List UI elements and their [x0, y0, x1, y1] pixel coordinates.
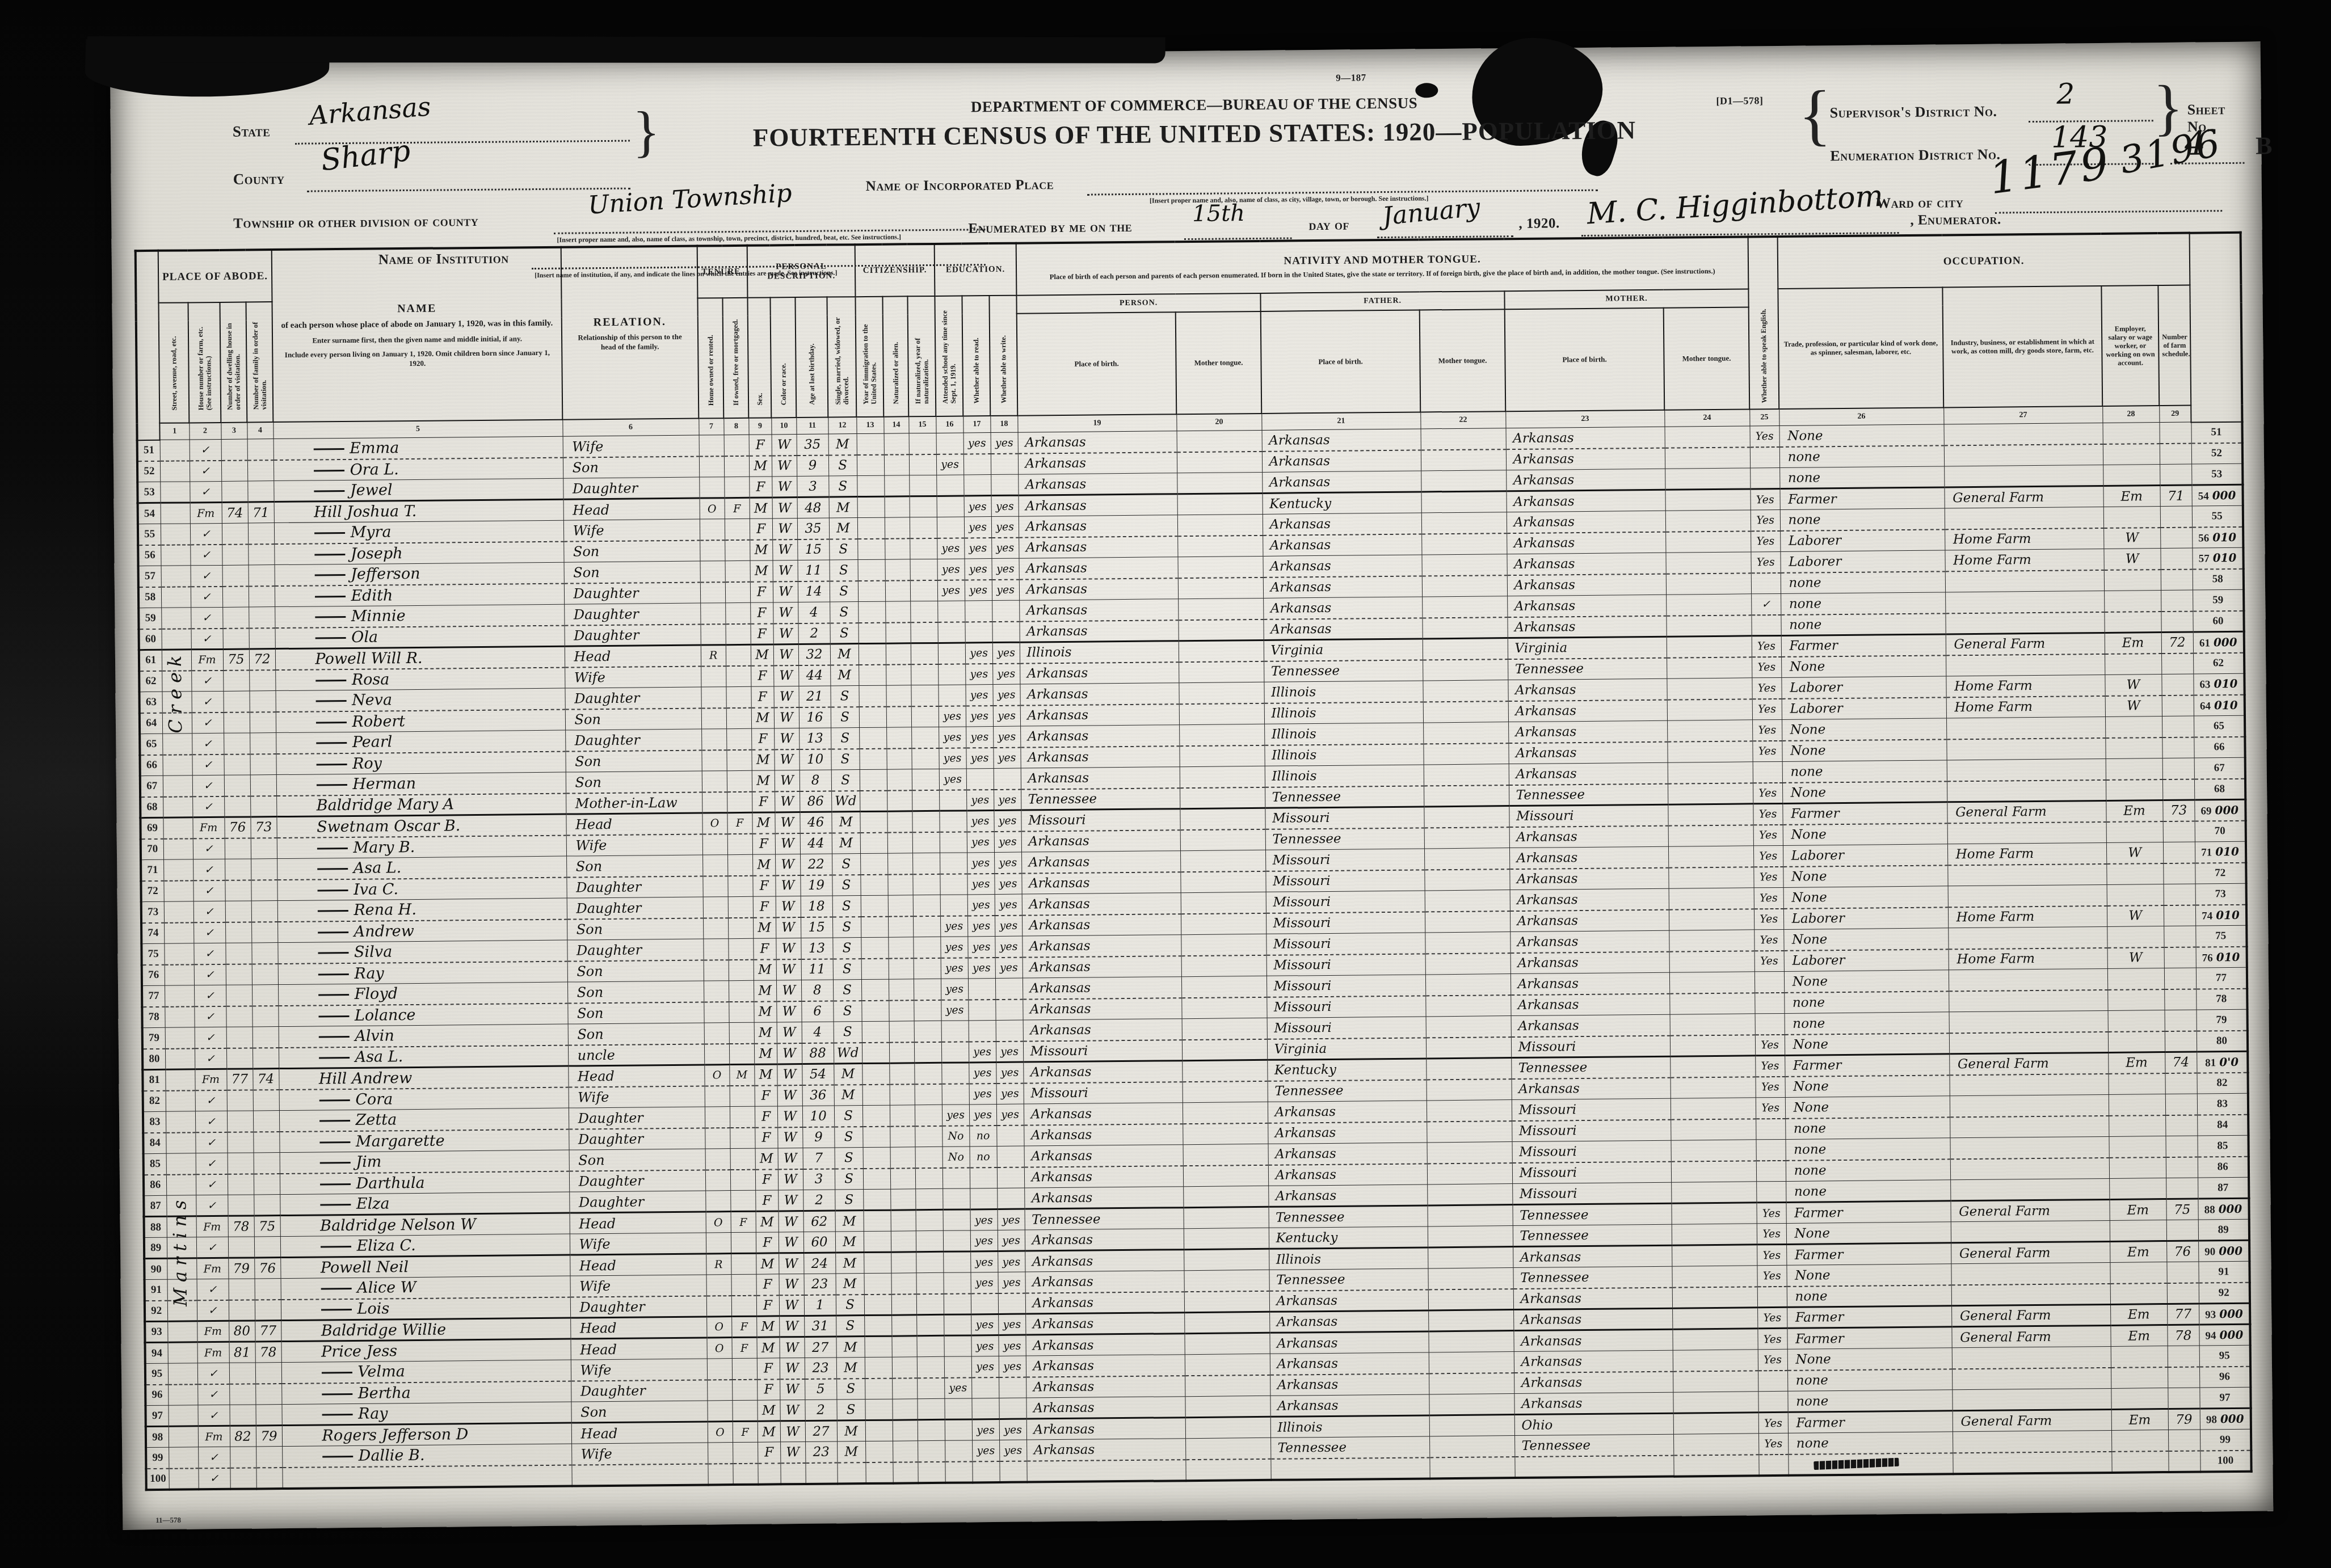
cell-able-write	[997, 1188, 1024, 1209]
cell-naturalized	[887, 874, 912, 895]
cell-line-number: 94	[145, 1342, 167, 1363]
cell-pob-mother: Arkansas	[1506, 427, 1665, 449]
cell-dwelling-number	[225, 838, 251, 859]
cell-owned-free-mortgaged	[727, 791, 752, 812]
cell-able-read	[963, 475, 991, 496]
state-value: Arkansas	[308, 91, 432, 131]
cell-farm-schedule	[2164, 905, 2195, 926]
cell-marital-status: S	[833, 959, 861, 980]
cell-mother-tongue-person	[1183, 1144, 1268, 1165]
cell-mother-tongue-mother	[1671, 1161, 1756, 1182]
cell-sex: F	[756, 1295, 779, 1316]
cell-family-number: 71	[248, 502, 274, 523]
column-number-4: 4	[247, 422, 273, 439]
cell-employment-class	[2106, 821, 2163, 843]
cell-naturalized	[886, 664, 911, 685]
cell-trade: none	[1787, 1390, 1952, 1413]
column-number-17: 17	[963, 416, 990, 433]
cell-owned-free-mortgaged	[725, 581, 750, 602]
cell-mother-tongue-person	[1178, 577, 1263, 598]
cell-trade: None	[1783, 886, 1948, 909]
cell-dwelling-number	[229, 1279, 255, 1300]
cell-line-number-right: 98000	[2200, 1408, 2251, 1430]
brace: }	[633, 109, 660, 154]
cell-sex: M	[754, 1001, 776, 1022]
cell-speaks-english	[1755, 1013, 1785, 1034]
cell-marital-status: S	[830, 623, 859, 644]
cell-naturalization-year	[910, 538, 937, 559]
cell-farm-schedule	[2161, 569, 2193, 590]
cell-home-owned	[701, 750, 726, 771]
cell-naturalized	[884, 433, 909, 454]
cell-line-number-right: 89	[2198, 1219, 2249, 1241]
cell-able-read: yes	[966, 790, 994, 811]
cell-sex: F	[755, 1085, 777, 1106]
cell-line-number: 96	[145, 1384, 168, 1405]
cell-dwelling-number	[228, 1174, 254, 1195]
cell-naturalization-year	[916, 1230, 943, 1251]
cell-industry: General Farm	[1945, 486, 2103, 508]
cell-color-race: W	[776, 1001, 801, 1022]
form-number-bottom: 11—578	[155, 1516, 181, 1525]
cell-home-owned	[700, 519, 725, 540]
cell-able-read: yes	[971, 1335, 999, 1356]
cell-immigration-year	[864, 1210, 891, 1231]
cell-employment-class	[2104, 591, 2161, 612]
cell-pob-father: Tennessee	[1265, 786, 1424, 808]
cell-pob-mother: Tennessee	[1508, 657, 1667, 680]
cell-attended-school	[943, 1188, 970, 1209]
cell-dwelling-number	[226, 964, 252, 985]
cell-pob-mother: Missouri	[1512, 1161, 1671, 1183]
department-title: DEPARTMENT OF COMMERCE—BUREAU OF THE CEN…	[825, 93, 1563, 117]
cell-owned-free-mortgaged	[725, 602, 750, 623]
cell-immigration-year	[862, 1021, 889, 1042]
cell-attended-school	[943, 1167, 970, 1188]
cell-house-farm: ✓	[193, 943, 225, 964]
cell-line-number-right: 73	[2195, 883, 2246, 905]
cell-owned-free-mortgaged	[729, 1001, 754, 1022]
sex-label-header: Sex.	[755, 310, 764, 406]
cell-pob-father: Arkansas	[1262, 471, 1421, 493]
cell-house-farm: ✓	[191, 670, 223, 691]
cell-attended-school: yes	[942, 1105, 969, 1126]
cell-pob-mother: Missouri	[1512, 1182, 1671, 1204]
cell-family-number: 72	[249, 649, 275, 670]
cell-color-race: W	[773, 644, 798, 665]
cell-employment-class	[2104, 612, 2161, 633]
column-number-13: 13	[856, 417, 883, 434]
cell-mother-tongue-mother	[1668, 867, 1753, 888]
cell-house-farm: Fm	[195, 1069, 226, 1090]
cell-naturalization-year	[915, 1126, 942, 1147]
cell-trade: None	[1787, 1348, 1952, 1371]
cell-farm-schedule	[2161, 611, 2193, 632]
cell-speaks-english: Yes	[1757, 1265, 1787, 1286]
cell-owned-free-mortgaged	[728, 917, 753, 938]
cell-mother-tongue-mother	[1673, 1329, 1758, 1350]
cell-able-read: yes	[967, 895, 995, 916]
cell-naturalized	[889, 1000, 914, 1021]
cell-age: 4	[802, 1022, 834, 1043]
cell-employment-class	[2109, 1073, 2165, 1095]
cell-naturalized	[885, 559, 910, 580]
column-number-21: 21	[1261, 412, 1420, 430]
cell-pob-father: Tennessee	[1268, 1080, 1427, 1102]
cell-mother-tongue-person	[1177, 430, 1262, 452]
institution-label: Name of Institution	[378, 251, 509, 268]
cell-naturalization-year	[909, 433, 936, 454]
naturalization-year-label-header: If naturalized, year of naturalization.	[914, 309, 930, 404]
relation-desc: Relationship of this person to the head …	[570, 332, 689, 352]
cell-pob-person: Arkansas	[1026, 1439, 1185, 1461]
cell-line-number: 80	[142, 1048, 165, 1069]
cell-age: 3	[803, 1169, 835, 1190]
cell-industry	[1949, 1010, 2108, 1032]
cell-able-read: yes	[966, 706, 993, 727]
column-number-6: 6	[562, 419, 699, 437]
cell-age: 10	[799, 749, 831, 770]
cell-mother-tongue-father	[1423, 659, 1508, 681]
cell-attended-school	[938, 664, 965, 685]
cell-family-number	[249, 565, 275, 586]
cell-naturalized	[887, 811, 912, 832]
col-sex-header: Sex.	[748, 297, 772, 418]
cell-name: Asa L.	[277, 856, 566, 879]
cell-employment-class	[2111, 1367, 2168, 1389]
cell-industry	[1945, 570, 2104, 592]
cell-family-number	[250, 796, 276, 817]
cell-speaks-english: Yes	[1755, 1055, 1785, 1076]
cell-speaks-english	[1758, 1370, 1787, 1391]
cell-line-number: 51	[137, 440, 160, 461]
cell-immigration-year	[859, 664, 886, 685]
cell-age: 3	[797, 476, 828, 497]
cell-pob-mother: Arkansas	[1514, 1350, 1673, 1372]
cell-pob-mother: Arkansas	[1510, 930, 1669, 952]
cell-industry: Home Farm	[1945, 528, 2103, 550]
cell-mother-tongue-person	[1180, 850, 1265, 871]
col-age-header: Age at last birthday.	[796, 297, 828, 418]
cell-immigration-year	[864, 1252, 891, 1273]
cell-age: 48	[797, 497, 829, 518]
cell-relation: Daughter	[569, 1191, 705, 1213]
cell-home-owned	[702, 876, 727, 897]
cell-dwelling-number	[224, 796, 250, 817]
cell-able-write	[991, 474, 1018, 495]
column-number-26: 26	[1779, 407, 1943, 425]
cell-home-owned: O	[706, 1212, 731, 1233]
cell-line-number-right: 72	[2195, 862, 2246, 884]
cell-home-owned: O	[706, 1338, 731, 1359]
cell-naturalization-year	[915, 1147, 943, 1167]
cell-line-number: 92	[145, 1300, 167, 1321]
cell-able-read: yes	[968, 958, 995, 979]
cell-naturalization-year	[909, 454, 936, 475]
cell-pob-person	[1026, 1460, 1185, 1482]
cell-mother-tongue-mother	[1672, 1287, 1757, 1308]
cell-house-farm: ✓	[193, 838, 225, 859]
cell-marital-status: M	[836, 1337, 864, 1358]
cell-attended-school	[944, 1335, 971, 1356]
cell-family-number: 76	[254, 1258, 280, 1279]
cell-house-farm: ✓	[197, 1300, 229, 1321]
cell-line-number: 87	[144, 1195, 166, 1216]
cell-able-write: yes	[993, 747, 1020, 768]
cell-immigration-year	[858, 559, 885, 580]
cell-industry	[1944, 465, 2103, 487]
enumerator-signature: M. C. Higginbottom	[1586, 179, 1884, 231]
cell-speaks-english: Yes	[1752, 740, 1782, 761]
cell-pob-mother: Arkansas	[1508, 616, 1667, 638]
cell-dwelling-number	[229, 1363, 255, 1384]
cell-line-number-right: 67	[2194, 757, 2245, 779]
cell-name: Mary B.	[277, 835, 566, 858]
cell-sex: F	[753, 938, 776, 959]
cell-employment-class	[2111, 1388, 2168, 1410]
cell-mother-tongue-mother	[1673, 1350, 1758, 1371]
cell-line-number-right: 74010	[2195, 904, 2246, 926]
cell-able-read: yes	[970, 1230, 998, 1251]
cell-line-number-right: 96	[2199, 1366, 2250, 1388]
cell-pob-father: Tennessee	[1264, 660, 1423, 682]
cell-naturalized	[886, 685, 911, 706]
cell-name: Darthula	[280, 1171, 569, 1194]
read-label-header: Whether able to read.	[972, 308, 981, 403]
cell-farm-schedule	[2162, 779, 2194, 800]
cell-marital-status: M	[832, 833, 860, 854]
cell-line-number: 83	[143, 1111, 166, 1132]
cell-industry: Home Farm	[1946, 696, 2105, 718]
cell-mother-tongue-father	[1426, 1058, 1511, 1080]
cell-farm-schedule	[2164, 968, 2196, 989]
cell-line-number: 75	[141, 943, 164, 964]
cell-age: 11	[801, 959, 833, 980]
cell-attended-school	[944, 1293, 971, 1314]
cell-mother-tongue-father	[1422, 596, 1507, 618]
cell-immigration-year	[861, 895, 888, 916]
cell-trade: Farmer	[1788, 1411, 1953, 1434]
cell-home-owned	[703, 918, 728, 939]
cell-able-write: yes	[995, 915, 1022, 936]
relation-title: RELATION.	[570, 314, 689, 330]
cell-name: Alvin	[279, 1024, 568, 1047]
cell-naturalized	[893, 1399, 918, 1420]
cell-mother-tongue-person	[1184, 1249, 1269, 1270]
cell-employment-class: W	[2107, 905, 2164, 927]
cell-pob-mother: Arkansas	[1507, 511, 1665, 533]
cell-relation: Daughter	[565, 624, 701, 646]
cell-line-number-right: 90000	[2198, 1240, 2249, 1262]
cell-employment-class	[2109, 1136, 2166, 1158]
cell-relation: Son	[563, 540, 700, 562]
cell-name: Ray	[278, 961, 567, 984]
cell-dwelling-number	[224, 754, 250, 775]
cell-line-number-right: 80	[2197, 1030, 2248, 1052]
col-write-header: Whether able to write.	[990, 296, 1018, 416]
cell-pob-mother: Arkansas	[1513, 1308, 1672, 1330]
cell-house-farm: ✓	[192, 733, 224, 754]
cell-naturalized	[890, 1084, 915, 1105]
cell-marital-status: S	[828, 476, 857, 497]
cell-pob-person: Arkansas	[1026, 1418, 1185, 1440]
cell-owned-free-mortgaged	[732, 1400, 757, 1421]
col-house-header: House number or farm, etc. (See instruct…	[188, 302, 221, 423]
cell-family-number	[252, 964, 278, 985]
cell-relation: Head	[570, 1338, 706, 1360]
cell-relation: Daughter	[567, 939, 703, 961]
cell-able-read: yes	[965, 559, 992, 580]
cell-trade: Farmer	[1787, 1306, 1951, 1329]
cell-home-owned	[702, 834, 727, 855]
cell-line-number-right: 79	[2197, 1009, 2248, 1031]
cell-age: 22	[800, 854, 832, 875]
cell-color-race: W	[774, 728, 799, 749]
cell-pob-person: Arkansas	[1022, 935, 1181, 957]
cell-home-owned	[705, 1128, 730, 1149]
cell-home-owned	[706, 1296, 731, 1317]
cell-speaks-english: Yes	[1753, 803, 1782, 824]
cell-pob-person: Arkansas	[1024, 1145, 1183, 1167]
cell-mother-tongue-mother	[1665, 426, 1750, 448]
cell-name: Lolance	[278, 1003, 567, 1026]
cell-industry	[1951, 1220, 2110, 1242]
cell-line-number: 54	[138, 503, 161, 524]
cell-family-number	[255, 1384, 281, 1405]
cell-home-owned	[704, 1002, 729, 1023]
cell-pob-father: Arkansas	[1268, 1122, 1427, 1144]
cell-pob-father: Illinois	[1264, 744, 1423, 766]
cell-pob-person: Arkansas	[1026, 1334, 1185, 1356]
cell-able-read: yes	[965, 580, 992, 601]
column-number-1: 1	[159, 423, 189, 440]
cell-mother-tongue-father	[1422, 554, 1507, 576]
cell-sex: F	[755, 1127, 777, 1148]
cell-line-number-right: 69000	[2194, 799, 2245, 821]
cell-home-owned	[705, 1170, 730, 1191]
cell-line-number-right: 97	[2199, 1387, 2250, 1409]
cell-mother-tongue-mother	[1673, 1392, 1758, 1413]
cell-dwelling-number	[228, 1153, 254, 1174]
cell-relation: Head	[570, 1254, 706, 1276]
cell-family-number	[252, 1006, 278, 1027]
cell-mother-tongue-mother	[1672, 1245, 1757, 1266]
cell-dwelling-number	[221, 439, 247, 460]
cell-attended-school	[937, 517, 964, 538]
column-number-12: 12	[828, 417, 856, 434]
cell-naturalization-year	[912, 790, 939, 811]
cell-speaks-english	[1750, 467, 1779, 488]
cell-mother-tongue-person	[1179, 640, 1264, 661]
cell-dwelling-number	[228, 1195, 254, 1216]
cell-sex: M	[751, 749, 774, 770]
cell-pob-person: Arkansas	[1026, 1376, 1185, 1398]
cell-marital-status: S	[836, 1400, 865, 1421]
nativity-title: NATIVITY AND MOTHER TONGUE.	[1017, 251, 1748, 269]
cell-home-owned: O	[700, 498, 725, 519]
cell-pob-mother: Arkansas	[1508, 720, 1667, 743]
cell-age: 35	[797, 434, 828, 455]
cell-line-number: 57	[138, 566, 161, 587]
cell-owned-free-mortgaged	[726, 644, 751, 665]
cell-family-number	[252, 985, 278, 1006]
cell-sex: F	[753, 896, 776, 917]
cell-relation: Head	[570, 1317, 706, 1339]
cell-immigration-year	[865, 1399, 893, 1420]
cell-owned-free-mortgaged	[730, 1190, 755, 1211]
cell-line-number-right: 83	[2197, 1093, 2248, 1115]
cell-sex: M	[753, 917, 776, 938]
cell-family-number	[248, 544, 274, 565]
cell-line-number-right: 70	[2195, 820, 2246, 842]
cell-house-farm: Fm	[196, 1258, 228, 1279]
cell-family-number	[254, 1237, 280, 1258]
cell-age: 8	[801, 980, 833, 1001]
cell-house-farm: ✓	[194, 964, 226, 985]
cell-able-write	[994, 768, 1021, 789]
cell-farm-schedule	[2165, 1073, 2197, 1094]
cell-farm-schedule	[2168, 1388, 2199, 1409]
cell-attended-school	[940, 832, 967, 853]
cell-sex: M	[754, 1064, 777, 1085]
cell-house-farm: Fm	[192, 817, 224, 838]
cell-line-number-right: 93000	[2199, 1303, 2250, 1325]
cell-pob-person: Arkansas	[1019, 557, 1178, 579]
cell-relation: Head	[568, 1065, 704, 1087]
cell-name: Myra	[274, 520, 563, 543]
cell-industry	[1949, 968, 2107, 990]
cell-home-owned	[705, 1086, 730, 1107]
cell-house-farm: Fm	[197, 1342, 229, 1363]
cell-industry	[1950, 1094, 2109, 1116]
cell-color-race: W	[775, 875, 800, 896]
cell-immigration-year	[865, 1378, 892, 1399]
cell-able-write: yes	[991, 432, 1018, 453]
cell-farm-schedule	[2162, 695, 2194, 716]
cell-line-number-right: 68	[2194, 778, 2245, 800]
cell-trade: Farmer	[1787, 1327, 1951, 1350]
cell-attended-school	[940, 895, 967, 916]
cell-mother-tongue-mother	[1673, 1413, 1758, 1434]
cell-line-number: 69	[140, 817, 163, 838]
cell-sex: M	[751, 707, 774, 728]
cell-relation: Head	[571, 1422, 708, 1444]
cell-mother-tongue-father	[1427, 1100, 1512, 1122]
cell-line-number-right: 78	[2196, 988, 2247, 1010]
cell-mother-tongue-person	[1180, 808, 1265, 829]
cell-trade: Farmer	[1782, 802, 1947, 825]
cell-home-owned	[699, 435, 724, 456]
cell-color-race: W	[772, 519, 797, 539]
cell-sex: F	[757, 1358, 780, 1379]
cell-industry	[1952, 1346, 2111, 1368]
cell-dwelling-number	[230, 1447, 256, 1468]
cell-mother-tongue-father	[1423, 722, 1508, 744]
cell-able-write	[999, 1377, 1026, 1398]
cell-age: 35	[797, 518, 829, 539]
cell-employment-class: Em	[2103, 486, 2160, 507]
enumerated-prefix: Enumerated by me on the	[968, 220, 1132, 237]
cell-farm-schedule: 79	[2168, 1409, 2200, 1430]
cell-immigration-year	[860, 769, 887, 790]
cell-sex: F	[749, 435, 772, 456]
cell-house-farm: ✓	[197, 1363, 229, 1384]
cell-industry: General Farm	[1949, 1052, 2108, 1074]
cell-mother-tongue-mother	[1668, 825, 1753, 846]
cell-color-race: W	[776, 917, 801, 938]
cell-line-number: 79	[142, 1027, 165, 1048]
cell-pob-person: Missouri	[1023, 1040, 1182, 1062]
